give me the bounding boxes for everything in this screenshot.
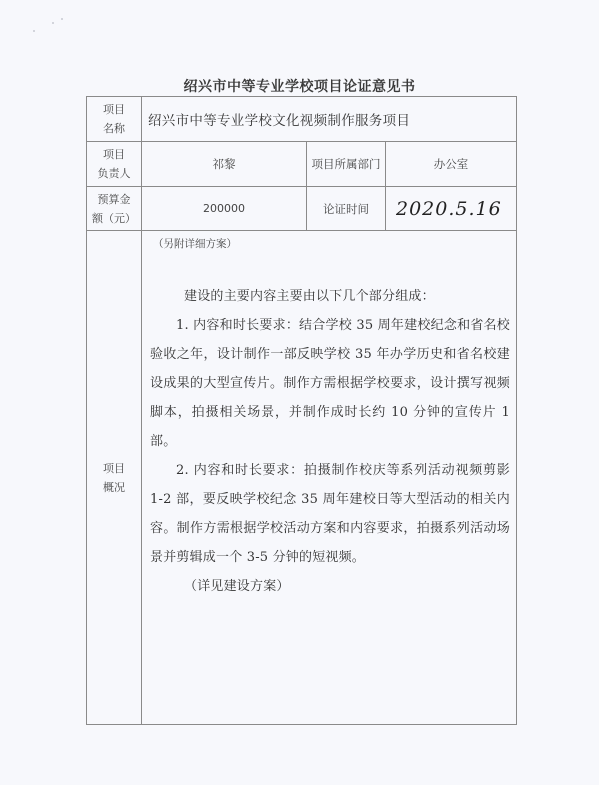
budget-value: 200000 bbox=[142, 187, 307, 231]
review-date-value: 2020.5.16 bbox=[386, 187, 517, 231]
overview-item-2: 2. 内容和时长要求：拍摄制作校庆等系列活动视频剪影 1-2 部，要反映学校纪念… bbox=[150, 456, 510, 572]
label-line: 概况 bbox=[87, 478, 141, 497]
row-overview: 项目 概况 （另附详细方案） 建设的主要内容主要由以下几个部分组成： 1. 内容… bbox=[87, 231, 517, 725]
label-line: 名称 bbox=[87, 119, 141, 138]
project-name-label: 项目 名称 bbox=[87, 97, 142, 142]
row-project-lead: 项目 负责人 祁黎 项目所属部门 办公室 bbox=[87, 142, 517, 187]
attachment-note: （另附详细方案） bbox=[153, 236, 510, 251]
overview-intro: 建设的主要内容主要由以下几个部分组成： bbox=[150, 282, 510, 311]
label-line: 项目 bbox=[87, 145, 141, 164]
project-name-value: 绍兴市中等专业学校文化视频制作服务项目 bbox=[142, 97, 517, 142]
label-line: 负责人 bbox=[87, 164, 141, 183]
label-line: 项目 bbox=[87, 459, 141, 478]
label-line: 项目 bbox=[87, 100, 141, 119]
overview-closing: （详见建设方案） bbox=[150, 572, 510, 601]
project-lead-value: 祁黎 bbox=[142, 142, 307, 187]
label-line: 额（元） bbox=[87, 209, 141, 228]
scan-speck bbox=[61, 18, 63, 20]
budget-label: 预算金 额（元） bbox=[87, 187, 142, 231]
department-label: 项目所属部门 bbox=[307, 142, 386, 187]
scan-speck bbox=[52, 22, 54, 24]
overview-label: 项目 概况 bbox=[87, 231, 142, 725]
document-title: 绍兴市中等专业学校项目论证意见书 bbox=[0, 76, 599, 96]
project-form-table: 项目 名称 绍兴市中等专业学校文化视频制作服务项目 项目 负责人 祁黎 项目所属… bbox=[86, 96, 517, 725]
review-date-label: 论证时间 bbox=[307, 187, 386, 231]
overview-item-1: 1. 内容和时长要求：结合学校 35 周年建校纪念和省名校验收之年，设计制作一部… bbox=[150, 311, 510, 456]
label-line: 预算金 bbox=[87, 190, 141, 209]
row-project-name: 项目 名称 绍兴市中等专业学校文化视频制作服务项目 bbox=[87, 97, 517, 142]
overview-content: （另附详细方案） 建设的主要内容主要由以下几个部分组成： 1. 内容和时长要求：… bbox=[142, 231, 517, 725]
project-lead-label: 项目 负责人 bbox=[87, 142, 142, 187]
scan-specks bbox=[30, 14, 70, 34]
scan-speck bbox=[33, 30, 35, 32]
department-value: 办公室 bbox=[386, 142, 517, 187]
row-budget: 预算金 额（元） 200000 论证时间 2020.5.16 bbox=[87, 187, 517, 231]
